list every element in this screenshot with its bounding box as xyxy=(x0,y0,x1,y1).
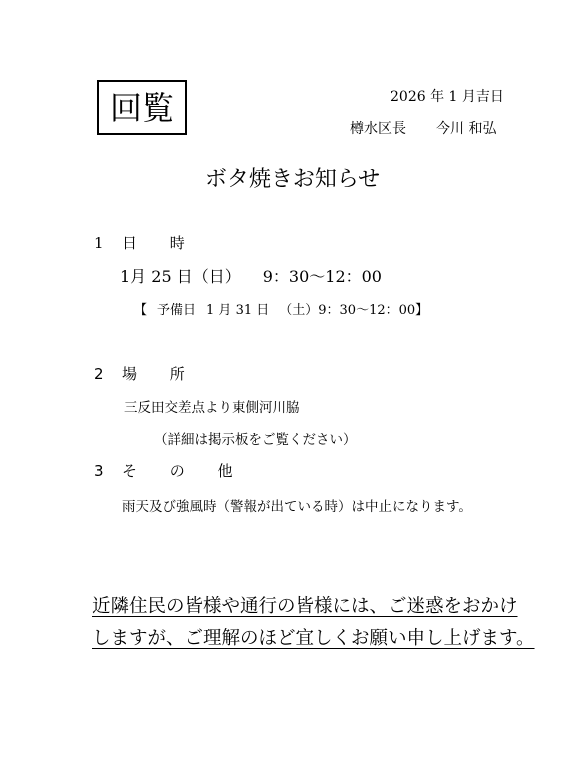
circulation-stamp-text: 回覧 xyxy=(110,92,174,124)
event-time: 9：30〜12：00 xyxy=(263,267,382,286)
closing-line-1: 近隣住民の皆様や通行の皆様には、ご迷惑をおかけ xyxy=(92,592,518,618)
section-label: そ の 他 xyxy=(122,462,247,480)
closing-line-2: しますが、ご理解のほど宜しくお願い申し上げます。 xyxy=(92,624,535,650)
event-date: 1月 25 日（日） xyxy=(120,267,241,286)
sender-name: 今川 和弘 xyxy=(436,121,496,137)
issue-date: 2026 年 1 月吉日 xyxy=(390,86,504,106)
sender: 樽水区長今川 和弘 xyxy=(350,118,496,138)
sender-title: 樽水区長 xyxy=(350,121,406,137)
place-note: （詳細は掲示板をご覧ください） xyxy=(154,428,357,448)
section-heading-other: 3そ の 他 xyxy=(94,460,247,481)
cancellation-note: 雨天及び強風時（警報が出ている時）は中止になります。 xyxy=(122,495,472,515)
backup-day: 1 月 31 日 xyxy=(206,303,269,318)
section-number: 2 xyxy=(94,365,122,383)
section-label: 日 時 xyxy=(122,234,199,252)
backup-weekday-time: （土）9：30〜12：00】 xyxy=(279,303,428,318)
section-label: 場 所 xyxy=(122,365,199,383)
backup-label: 予備日 xyxy=(157,303,196,318)
section-number: 1 xyxy=(94,234,122,252)
circulation-stamp: 回覧 xyxy=(97,80,187,135)
section-number: 3 xyxy=(94,462,122,480)
place-location: 三反田交差点より東側河川脇 xyxy=(124,396,300,416)
document-title-text: ボタ焼きお知らせ xyxy=(205,167,380,192)
bracket-open: 【 xyxy=(134,303,147,318)
document-title: ボタ焼きお知らせ xyxy=(0,162,585,193)
event-date-time: 1月 25 日（日）9：30〜12：00 xyxy=(120,264,382,287)
section-heading-datetime: 1日 時 xyxy=(94,232,199,253)
backup-date: 【予備日1 月 31 日（土）9：30〜12：00】 xyxy=(134,299,428,318)
section-heading-place: 2場 所 xyxy=(94,363,199,384)
